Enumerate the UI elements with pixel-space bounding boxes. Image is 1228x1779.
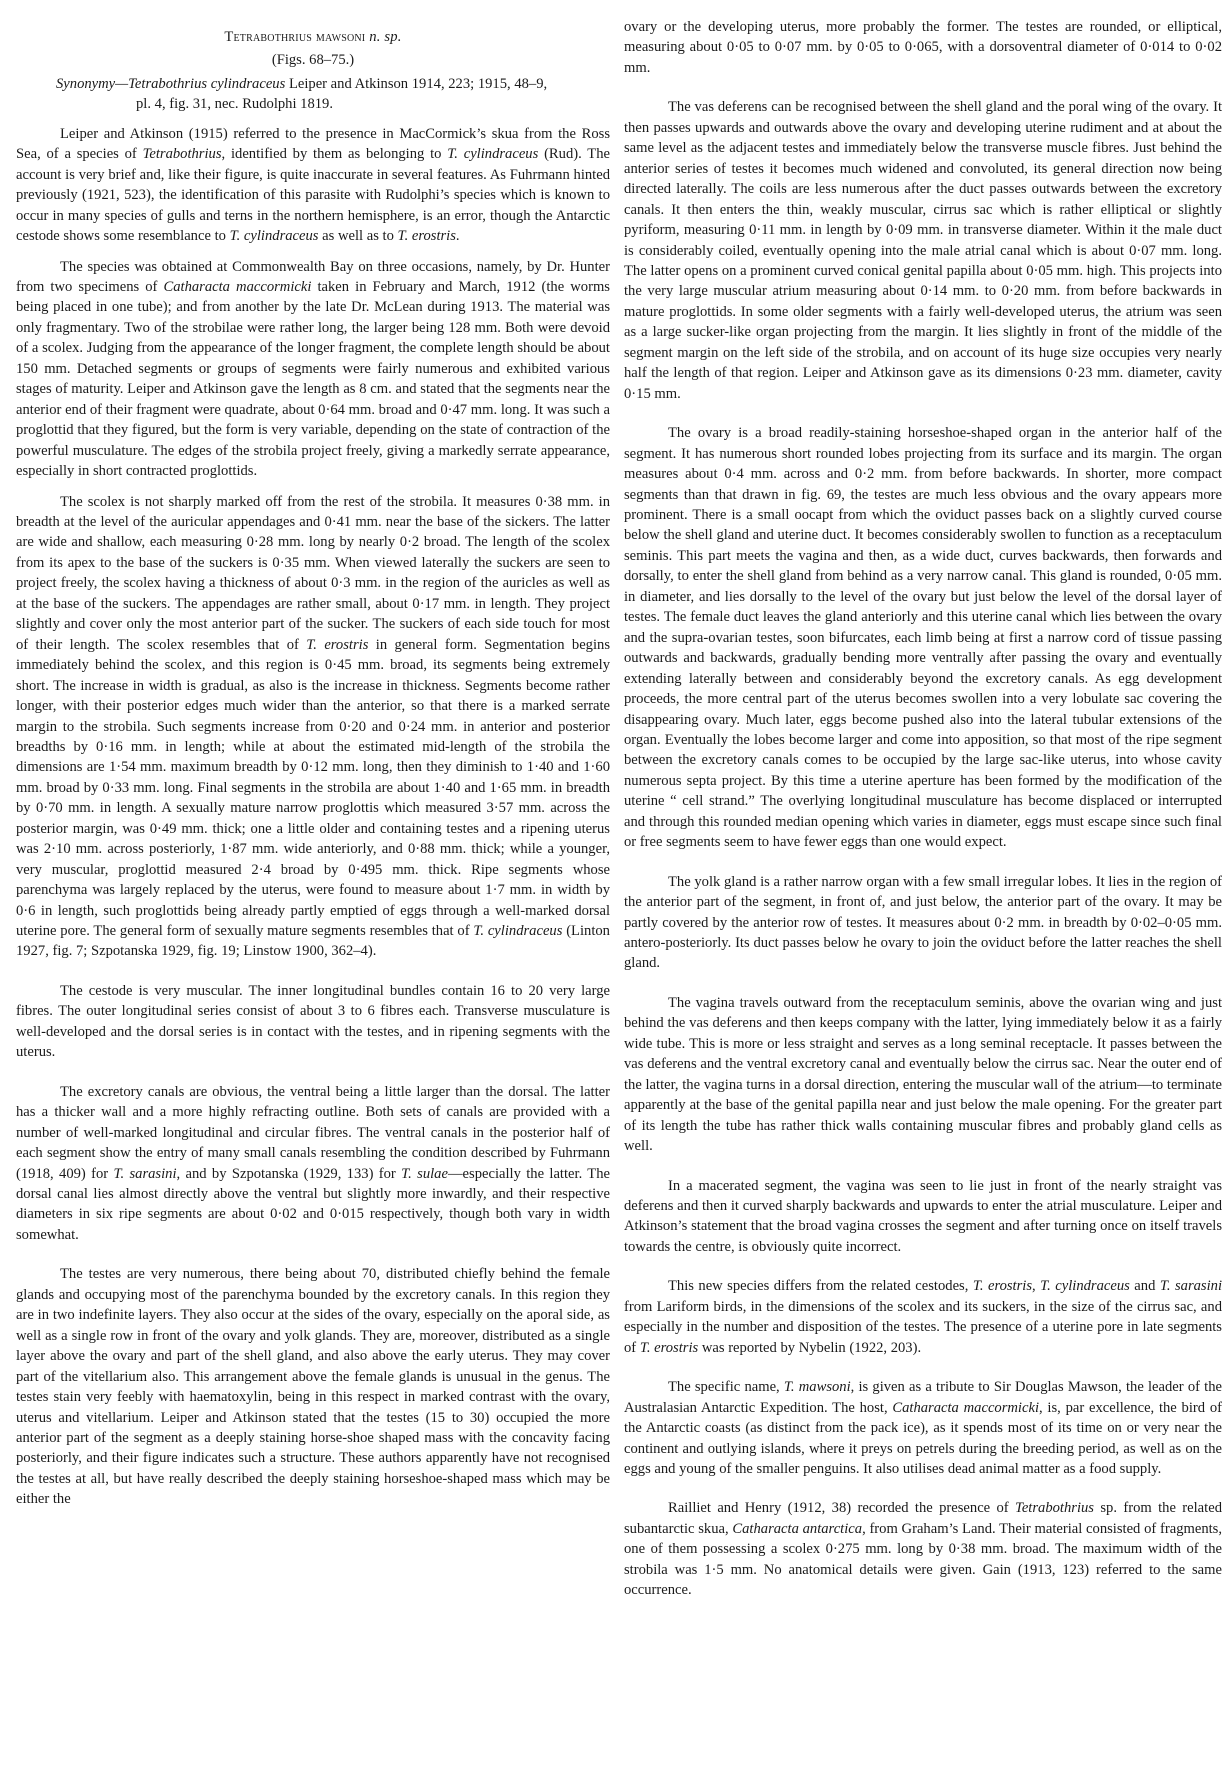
paragraph-scolex: The scolex is not sharply marked off fro… bbox=[16, 492, 610, 962]
taxon: T. erostris bbox=[973, 1278, 1032, 1294]
new-species-marker: n. sp. bbox=[369, 29, 401, 45]
right-column: ovary or the developing uterus, more pro… bbox=[624, 0, 1222, 1601]
taxon: T. cylindraceus bbox=[1040, 1278, 1130, 1294]
synonymy-citation: Leiper and Atkinson 1914, 223; 1915, 48–… bbox=[285, 76, 547, 92]
text: The specific name, bbox=[668, 1379, 784, 1395]
text: Railliet and Henry (1912, 38) recorded t… bbox=[668, 1500, 1015, 1516]
paragraph-etymology: The specific name, T. mawsoni, is given … bbox=[624, 1377, 1222, 1479]
taxon: T. erostris bbox=[306, 637, 368, 653]
text: taken in February and March, 1912 (the w… bbox=[16, 279, 610, 479]
text: in general form. Segmentation begins imm… bbox=[16, 637, 610, 939]
taxon: T. cylindraceus bbox=[230, 228, 319, 244]
paragraph-prior-records: Railliet and Henry (1912, 38) recorded t… bbox=[624, 1498, 1222, 1600]
taxon: T. sulae bbox=[401, 1166, 448, 1182]
text: , bbox=[1032, 1278, 1040, 1294]
taxon: Tetrabothrius bbox=[1015, 1500, 1094, 1516]
taxon: Tetrabothrius bbox=[143, 146, 222, 162]
text: This new species differs from the relate… bbox=[668, 1278, 973, 1294]
taxon: T. mawsoni bbox=[784, 1379, 851, 1395]
paragraph-introduction: Leiper and Atkinson (1915) referred to t… bbox=[16, 124, 610, 247]
paragraph-differential-diagnosis: This new species differs from the relate… bbox=[624, 1276, 1222, 1358]
text: , and by Szpotanska (1929, 133) for bbox=[177, 1166, 402, 1182]
synonymy-label: Synonymy—Tetrabothrius cylindraceus bbox=[56, 76, 285, 92]
species-heading: Tetrabothrius mawsoni n. sp. bbox=[16, 27, 610, 47]
paragraph-musculature: The cestode is very muscular. The inner … bbox=[16, 981, 610, 1063]
figure-reference: (Figs. 68–75.) bbox=[16, 50, 610, 70]
taxon: T. sarasini bbox=[1160, 1278, 1222, 1294]
text: , identified by them as belonging to bbox=[222, 146, 448, 162]
taxon: Catharacta maccormicki bbox=[163, 279, 311, 295]
synonymy: Synonymy—Tetrabothrius cylindraceus Leip… bbox=[16, 74, 610, 94]
paragraph-ovary-uterus: The ovary is a broad readily-staining ho… bbox=[624, 423, 1222, 853]
text: . bbox=[456, 228, 460, 244]
paragraph-vas-deferens: The vas deferens can be recognised betwe… bbox=[624, 97, 1222, 404]
taxon: T. sarasini bbox=[113, 1166, 176, 1182]
taxon: T. cylindraceus bbox=[473, 923, 562, 939]
paragraph-material: The species was obtained at Commonwealth… bbox=[16, 257, 610, 482]
synonymy-line-2: pl. 4, fig. 31, nec. Rudolphi 1819. bbox=[16, 94, 610, 114]
text: as well as to bbox=[318, 228, 397, 244]
paragraph-yolk-gland: The yolk gland is a rather narrow organ … bbox=[624, 872, 1222, 974]
species-name: Tetrabothrius mawsoni bbox=[224, 29, 365, 45]
paragraph-testes-continued: ovary or the developing uterus, more pro… bbox=[624, 17, 1222, 78]
taxon: T. erostris bbox=[640, 1340, 698, 1356]
paragraph-macerated-segment: In a macerated segment, the vagina was s… bbox=[624, 1176, 1222, 1258]
text: was reported by Nybelin (1922, 203). bbox=[698, 1340, 921, 1356]
paragraph-excretory-canals: The excretory canals are obvious, the ve… bbox=[16, 1082, 610, 1246]
text: The scolex is not sharply marked off fro… bbox=[16, 494, 610, 653]
taxon: Catharacta maccormicki bbox=[892, 1400, 1039, 1416]
taxon: T. cylindraceus bbox=[447, 146, 538, 162]
taxon: T. erostris bbox=[398, 228, 456, 244]
paragraph-testes: The testes are very numerous, there bein… bbox=[16, 1264, 610, 1509]
left-column: Tetrabothrius mawsoni n. sp. (Figs. 68–7… bbox=[16, 0, 610, 1510]
paragraph-vagina: The vagina travels outward from the rece… bbox=[624, 993, 1222, 1157]
taxon: Catharacta antarctica bbox=[732, 1521, 862, 1537]
text: and bbox=[1130, 1278, 1160, 1294]
